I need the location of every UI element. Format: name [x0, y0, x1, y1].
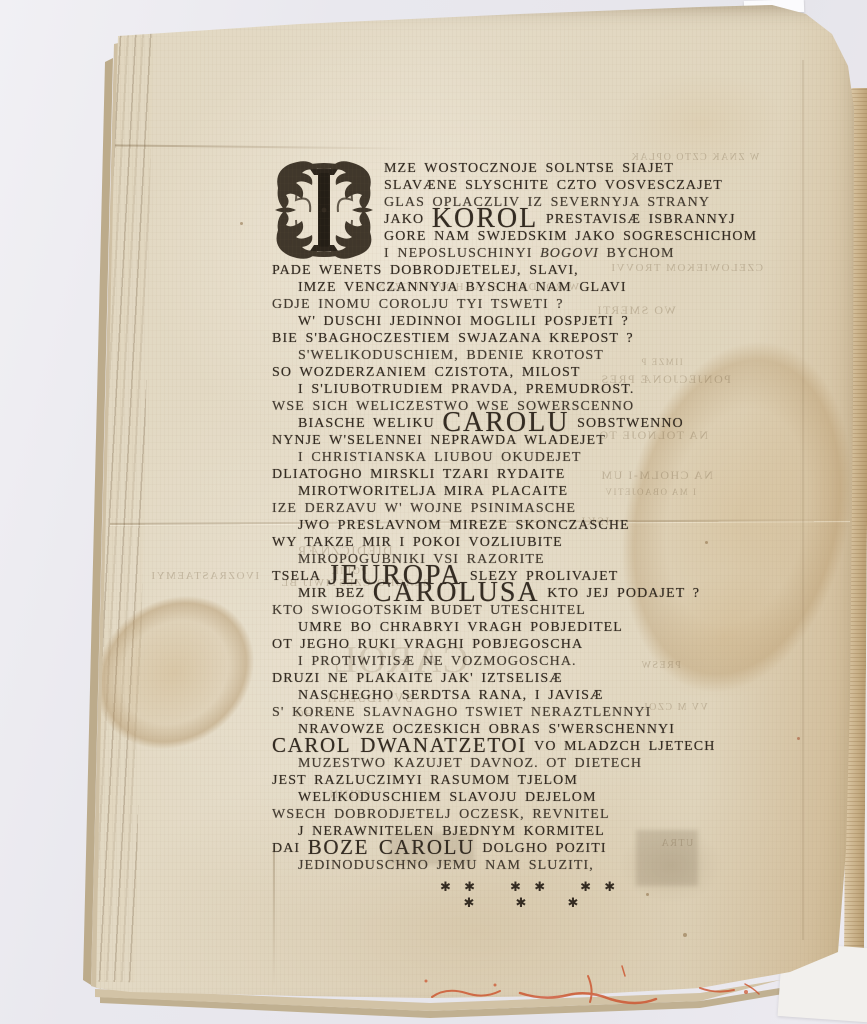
poem-line-segment: BOZE CAROLU [308, 835, 475, 859]
poem-line: WY TAKZE MIR I POKOI VOZLIUBITE [272, 534, 792, 551]
poem-line-segment: TSELA [272, 569, 328, 584]
poem-line-segment: WELIKODUSCHIEM SLAVOJU DEJELOM [298, 790, 597, 805]
poem-line-segment: I NEPOSLUSCHINYI [384, 246, 540, 261]
poem-line: IZE DERZAVU W' WOJNE PSINIMASCHE [272, 500, 792, 517]
foxing-speck [683, 933, 687, 937]
poem-line-segment: DOLGHO POZITI [475, 841, 607, 856]
poem-line: UMRE BO CHRABRYI VRAGH POBJEDITEL [272, 619, 792, 636]
poem-line: GLAS OPLACZLIV IZ SEVERNYJA STRANY [272, 194, 792, 211]
poem-line-segment: GDJE INOMU COROLJU TYI TSWETI ? [272, 297, 564, 312]
poem-line-segment: CAROL DWANATZETOI [272, 733, 527, 757]
poem-line: NYNJE W'SELENNEI NEPRAWDA WLADEJET [272, 432, 792, 449]
poem-line-segment: WY TAKZE MIR I POKOI VOZLIUBITE [272, 535, 563, 550]
poem-line-segment: UMRE BO CHRABRYI VRAGH POBJEDITEL [298, 620, 623, 635]
water-stain [40, 540, 309, 804]
poem-line-segment: MUZESTWO KAZUJET DAVNOZ. OT DIETECH [298, 756, 642, 771]
poem-line-segment: KTO JEJ PODAJET ? [540, 586, 700, 601]
poem-line-segment: IZE DERZAVU W' WOJNE PSINIMASCHE [272, 501, 576, 516]
asterisk-single: ✱ [562, 895, 584, 911]
poem-line-segment: DLIATOGHO MIRSKLI TZARI RYDAITE [272, 467, 565, 482]
poem-line: JEDINODUSCHNO JEMU NAM SLUZITI, [272, 857, 792, 874]
poem-line-segment: WSE SICH WELICZESTWO WSE SOWERSCENNO [272, 399, 634, 414]
poem-line-segment: JEDINODUSCHNO JEMU NAM SLUZITI, [298, 858, 594, 873]
poem-line-segment: GORE NAM SWJEDSKIM JAKO SOGRESCHICHOM [384, 229, 757, 244]
poem-line-segment: SO WOZDERZANIEM CZISTOTA, MILOST [272, 365, 581, 380]
poem-line: NASCHEGHO SERDTSA RANA, I JAVISÆ [272, 687, 792, 704]
poem-line: CAROL DWANATZETOI VO MLADZCH LJETECH [272, 738, 792, 755]
poem-line: MUZESTWO KAZUJET DAVNOZ. OT DIETECH [272, 755, 792, 772]
poem-line-segment: I PROTIWITISÆ NE VOZMOGOSCHA. [298, 654, 577, 669]
foxing-speck [240, 222, 243, 225]
poem-line-segment: BOGOVI [540, 246, 599, 261]
paper-crease [802, 60, 804, 940]
poem-line-segment: JWO PRESLAVNOM MIREZE SKONCZASCHE [298, 518, 630, 533]
poem-line: W' DUSCHI JEDINNOI MOGLILI POSPJETI ? [272, 313, 792, 330]
poem-line: WELIKODUSCHIEM SLAVOJU DEJELOM [272, 789, 792, 806]
poem-line: PADE WENETS DOBRODJETELEJ, SLAVI, [272, 262, 792, 279]
poem-line-segment: JEST RAZLUCZIMYI RASUMOM TJELOM [272, 773, 578, 788]
poem-line-segment: MIR BEZ [298, 586, 373, 601]
poem-line-segment: GLAS OPLACZLIV IZ SEVERNYJA STRANY [384, 195, 710, 210]
poem-line-segment: WSECH DOBRODJETELJ OCZESK, REVNITEL [272, 807, 610, 822]
poem-line: MIROTWORITELJA MIRA PLACAITE [272, 483, 792, 500]
bleedthrough-line: IVOZRASTAEMYI [150, 570, 259, 582]
poem-line-segment: S' KORENE SLAVNAGHO TSWIET NERAZTLENNYI [272, 705, 651, 720]
asterisk-row-bottom: ✱✱✱ [272, 895, 792, 911]
poem-line-segment: NYNJE W'SELENNEI NEPRAWDA WLADEJET [272, 433, 606, 448]
poem-line: I PROTIWITISÆ NE VOZMOGOSCHA. [272, 653, 792, 670]
poem-line: WSE SICH WELICZESTWO WSE SOWERSCENNO [272, 398, 792, 415]
poem-line-segment: VO MLADZCH LJETECH [527, 739, 716, 754]
poem-line-segment: DAI [272, 841, 308, 856]
asterisk-group: ✱ ✱ [580, 879, 620, 895]
poem-line: BIE S'BAGHOCZESTIEM SWJAZANA KREPOST ? [272, 330, 792, 347]
poem-line: I NEPOSLUSCHINYI BOGOVI BYCHOM [272, 245, 792, 262]
poem-line: BIASCHE WELIKU CAROLU SOBSTWENNO [272, 415, 792, 432]
poem-line-segment: JAKO [384, 212, 432, 227]
foxing-speck [771, 977, 775, 981]
poem-line: KTO SWIOGOTSKIM BUDET UTESCHITEL [272, 602, 792, 619]
paper-crease [115, 144, 415, 149]
poem-line: IMZE VENCZANNYJA BYSCHA NAM GLAVI [272, 279, 792, 296]
poem-line-segment: BIASCHE WELIKU [298, 416, 442, 431]
poem-line-segment: BIE S'BAGHOCZESTIEM SWJAZANA KREPOST ? [272, 331, 634, 346]
poem-line-segment: MZE WOSTOCZNOJE SOLNTSE SIAJET [384, 161, 674, 176]
poem-line-segment: W' DUSCHI JEDINNOI MOGLILI POSPJETI ? [298, 314, 629, 329]
book-page: W ZNAK CZTO OPLAKCZELOWIEKOM TROVVIW ROZ… [0, 0, 867, 1024]
poem-line: WSECH DOBRODJETELJ OCZESK, REVNITEL [272, 806, 792, 823]
poem-line-segment: KTO SWIOGOTSKIM BUDET UTESCHITEL [272, 603, 586, 618]
poem-line: SO WOZDERZANIEM CZISTOTA, MILOST [272, 364, 792, 381]
foxing-speck [797, 737, 800, 740]
poem-line: MIR BEZ CAROLUSA KTO JEJ PODAJET ? [272, 585, 792, 602]
poem-line: MIROPOGUBNIKI VSI RAZORITE [272, 551, 792, 568]
poem-lines: MZE WOSTOCZNOJE SOLNTSE SIAJETSLAVÆNE SL… [272, 160, 792, 874]
ornament-asterisks: ✱ ✱✱ ✱✱ ✱ ✱✱✱ [272, 879, 792, 911]
poem-line-segment: I S'LIUBOTRUDIEM PRAVDA, PREMUDROST. [298, 382, 634, 397]
poem-line-segment: NASCHEGHO SERDTSA RANA, I JAVISÆ [298, 688, 604, 703]
poem-line: S' KORENE SLAVNAGHO TSWIET NERAZTLENNYI [272, 704, 792, 721]
poem-line-segment: BYCHOM [599, 246, 675, 261]
poem-line-segment: SOBSTWENNO [569, 416, 683, 431]
poem-line-segment: DRUZI NE PLAKAITE JAK' IZTSELISÆ [272, 671, 563, 686]
poem-line: GDJE INOMU COROLJU TYI TSWETI ? [272, 296, 792, 313]
poem-line-segment: IMZE VENCZANNYJA BYSCHA NAM GLAVI [298, 280, 627, 295]
asterisk-single: ✱ [510, 895, 532, 911]
poem-line-segment: I CHRISTIANSKA LIUBOU OKUDEJET [298, 450, 582, 465]
poem-line-segment: PADE WENETS DOBRODJETELEJ, SLAVI, [272, 263, 579, 278]
poem-line-segment: S'WELIKODUSCHIEM, BDENIE KROTOST [298, 348, 604, 363]
asterisk-row-top: ✱ ✱✱ ✱✱ ✱ [272, 879, 792, 895]
poem-line: DAI BOZE CAROLU DOLGHO POZITI [272, 840, 792, 857]
poem-line: JWO PRESLAVNOM MIREZE SKONCZASCHE [272, 517, 792, 534]
poem-line-segment: MIROPOGUBNIKI VSI RAZORITE [298, 552, 545, 567]
poem-line: OT JEGHO RUKI VRAGHI POBJEGOSCHA [272, 636, 792, 653]
asterisk-single: ✱ [458, 895, 480, 911]
asterisk-group: ✱ ✱ [440, 879, 480, 895]
photo-of-book-page: W ZNAK CZTO OPLAKCZELOWIEKOM TROVVIW ROZ… [0, 0, 867, 1024]
poem-text: I [272, 160, 792, 911]
poem-line: I S'LIUBOTRUDIEM PRAVDA, PREMUDROST. [272, 381, 792, 398]
poem-line: S'WELIKODUSCHIEM, BDENIE KROTOST [272, 347, 792, 364]
poem-line: I CHRISTIANSKA LIUBOU OKUDEJET [272, 449, 792, 466]
poem-line-segment: MIROTWORITELJA MIRA PLACAITE [298, 484, 568, 499]
poem-line: DLIATOGHO MIRSKLI TZARI RYDAITE [272, 466, 792, 483]
poem-line: DRUZI NE PLAKAITE JAK' IZTSELISÆ [272, 670, 792, 687]
poem-line: JEST RAZLUCZIMYI RASUMOM TJELOM [272, 772, 792, 789]
poem-line-segment: OT JEGHO RUKI VRAGHI POBJEGOSCHA [272, 637, 583, 652]
poem-line-segment: SLAVÆNE SLYSCHITE CZTO VOSVESCZAJET [384, 178, 723, 193]
asterisk-group: ✱ ✱ [510, 879, 550, 895]
poem-line-segment: PRESTAVISÆ ISBRANNYJ [538, 212, 735, 227]
